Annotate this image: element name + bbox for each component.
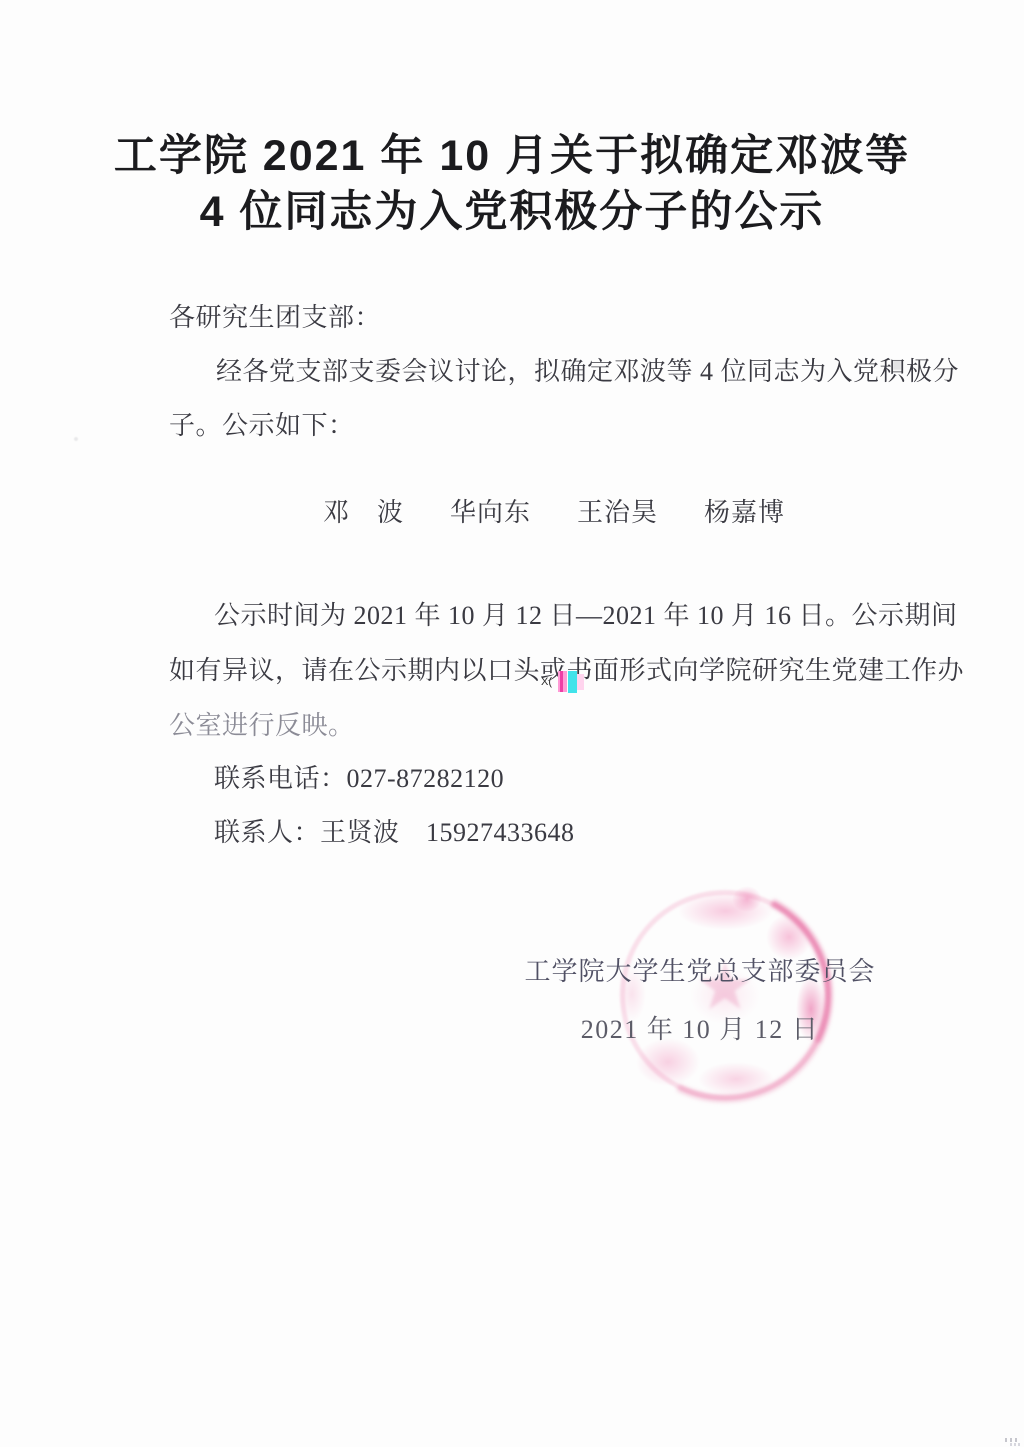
scan-glitch-bar bbox=[568, 671, 577, 693]
scan-glitch-bar bbox=[577, 674, 584, 690]
seal-ring-arc-icon bbox=[590, 860, 860, 1130]
paragraph1-line2: 子。公示如下： bbox=[169, 411, 355, 441]
seal-ink-blot bbox=[698, 1062, 774, 1096]
candidate-name: 华向东 bbox=[450, 492, 531, 529]
contact-phone-line: 联系电话：027-87282120 bbox=[214, 764, 504, 794]
document-title-line1: 工学院 2021 年 10 月关于拟确定邓波等 bbox=[0, 133, 1024, 180]
seal-ring-icon bbox=[620, 890, 830, 1100]
scan-glitch-text: X( bbox=[541, 676, 552, 688]
candidate-names-row: 邓 波 华向东 王治昊 杨嘉博 bbox=[323, 492, 785, 529]
salutation: 各研究生团支部： bbox=[169, 303, 381, 333]
document-title-line2: 4 位同志为入党积极分子的公示 bbox=[0, 189, 1024, 236]
red-seal-stamp: ★ bbox=[620, 890, 830, 1100]
scan-speck bbox=[893, 360, 901, 370]
paragraph2-line1: 公示时间为 2021 年 10 月 12 日—2021 年 10 月 16 日。… bbox=[214, 601, 958, 631]
paragraph2-line3: 公室进行反映。 bbox=[169, 711, 355, 741]
candidate-name: 邓 波 bbox=[323, 492, 404, 529]
signature-organization: 工学院大学生党总支部委员会 bbox=[520, 951, 880, 988]
scan-noise-bottom-right bbox=[1010, 1443, 1022, 1446]
scan-speck bbox=[74, 437, 78, 441]
candidate-name: 杨嘉博 bbox=[704, 492, 785, 529]
seal-ink-blot bbox=[732, 886, 762, 912]
scanned-notice-document: 工学院 2021 年 10 月关于拟确定邓波等 4 位同志为入党积极分子的公示 … bbox=[0, 0, 1024, 1447]
contact-person-line: 联系人：王贤波 15927433648 bbox=[214, 818, 575, 848]
scan-glitch-bar bbox=[560, 671, 563, 692]
signature-date: 2021 年 10 月 12 日 bbox=[520, 1009, 880, 1046]
paragraph1-line1: 经各党支部支委会议讨论，拟确定邓波等 4 位同志为入党积极分 bbox=[216, 357, 959, 387]
seal-ink-blot bbox=[678, 892, 773, 930]
scan-noise-bottom-right bbox=[1005, 1438, 1019, 1442]
candidate-name: 王治昊 bbox=[577, 492, 658, 529]
